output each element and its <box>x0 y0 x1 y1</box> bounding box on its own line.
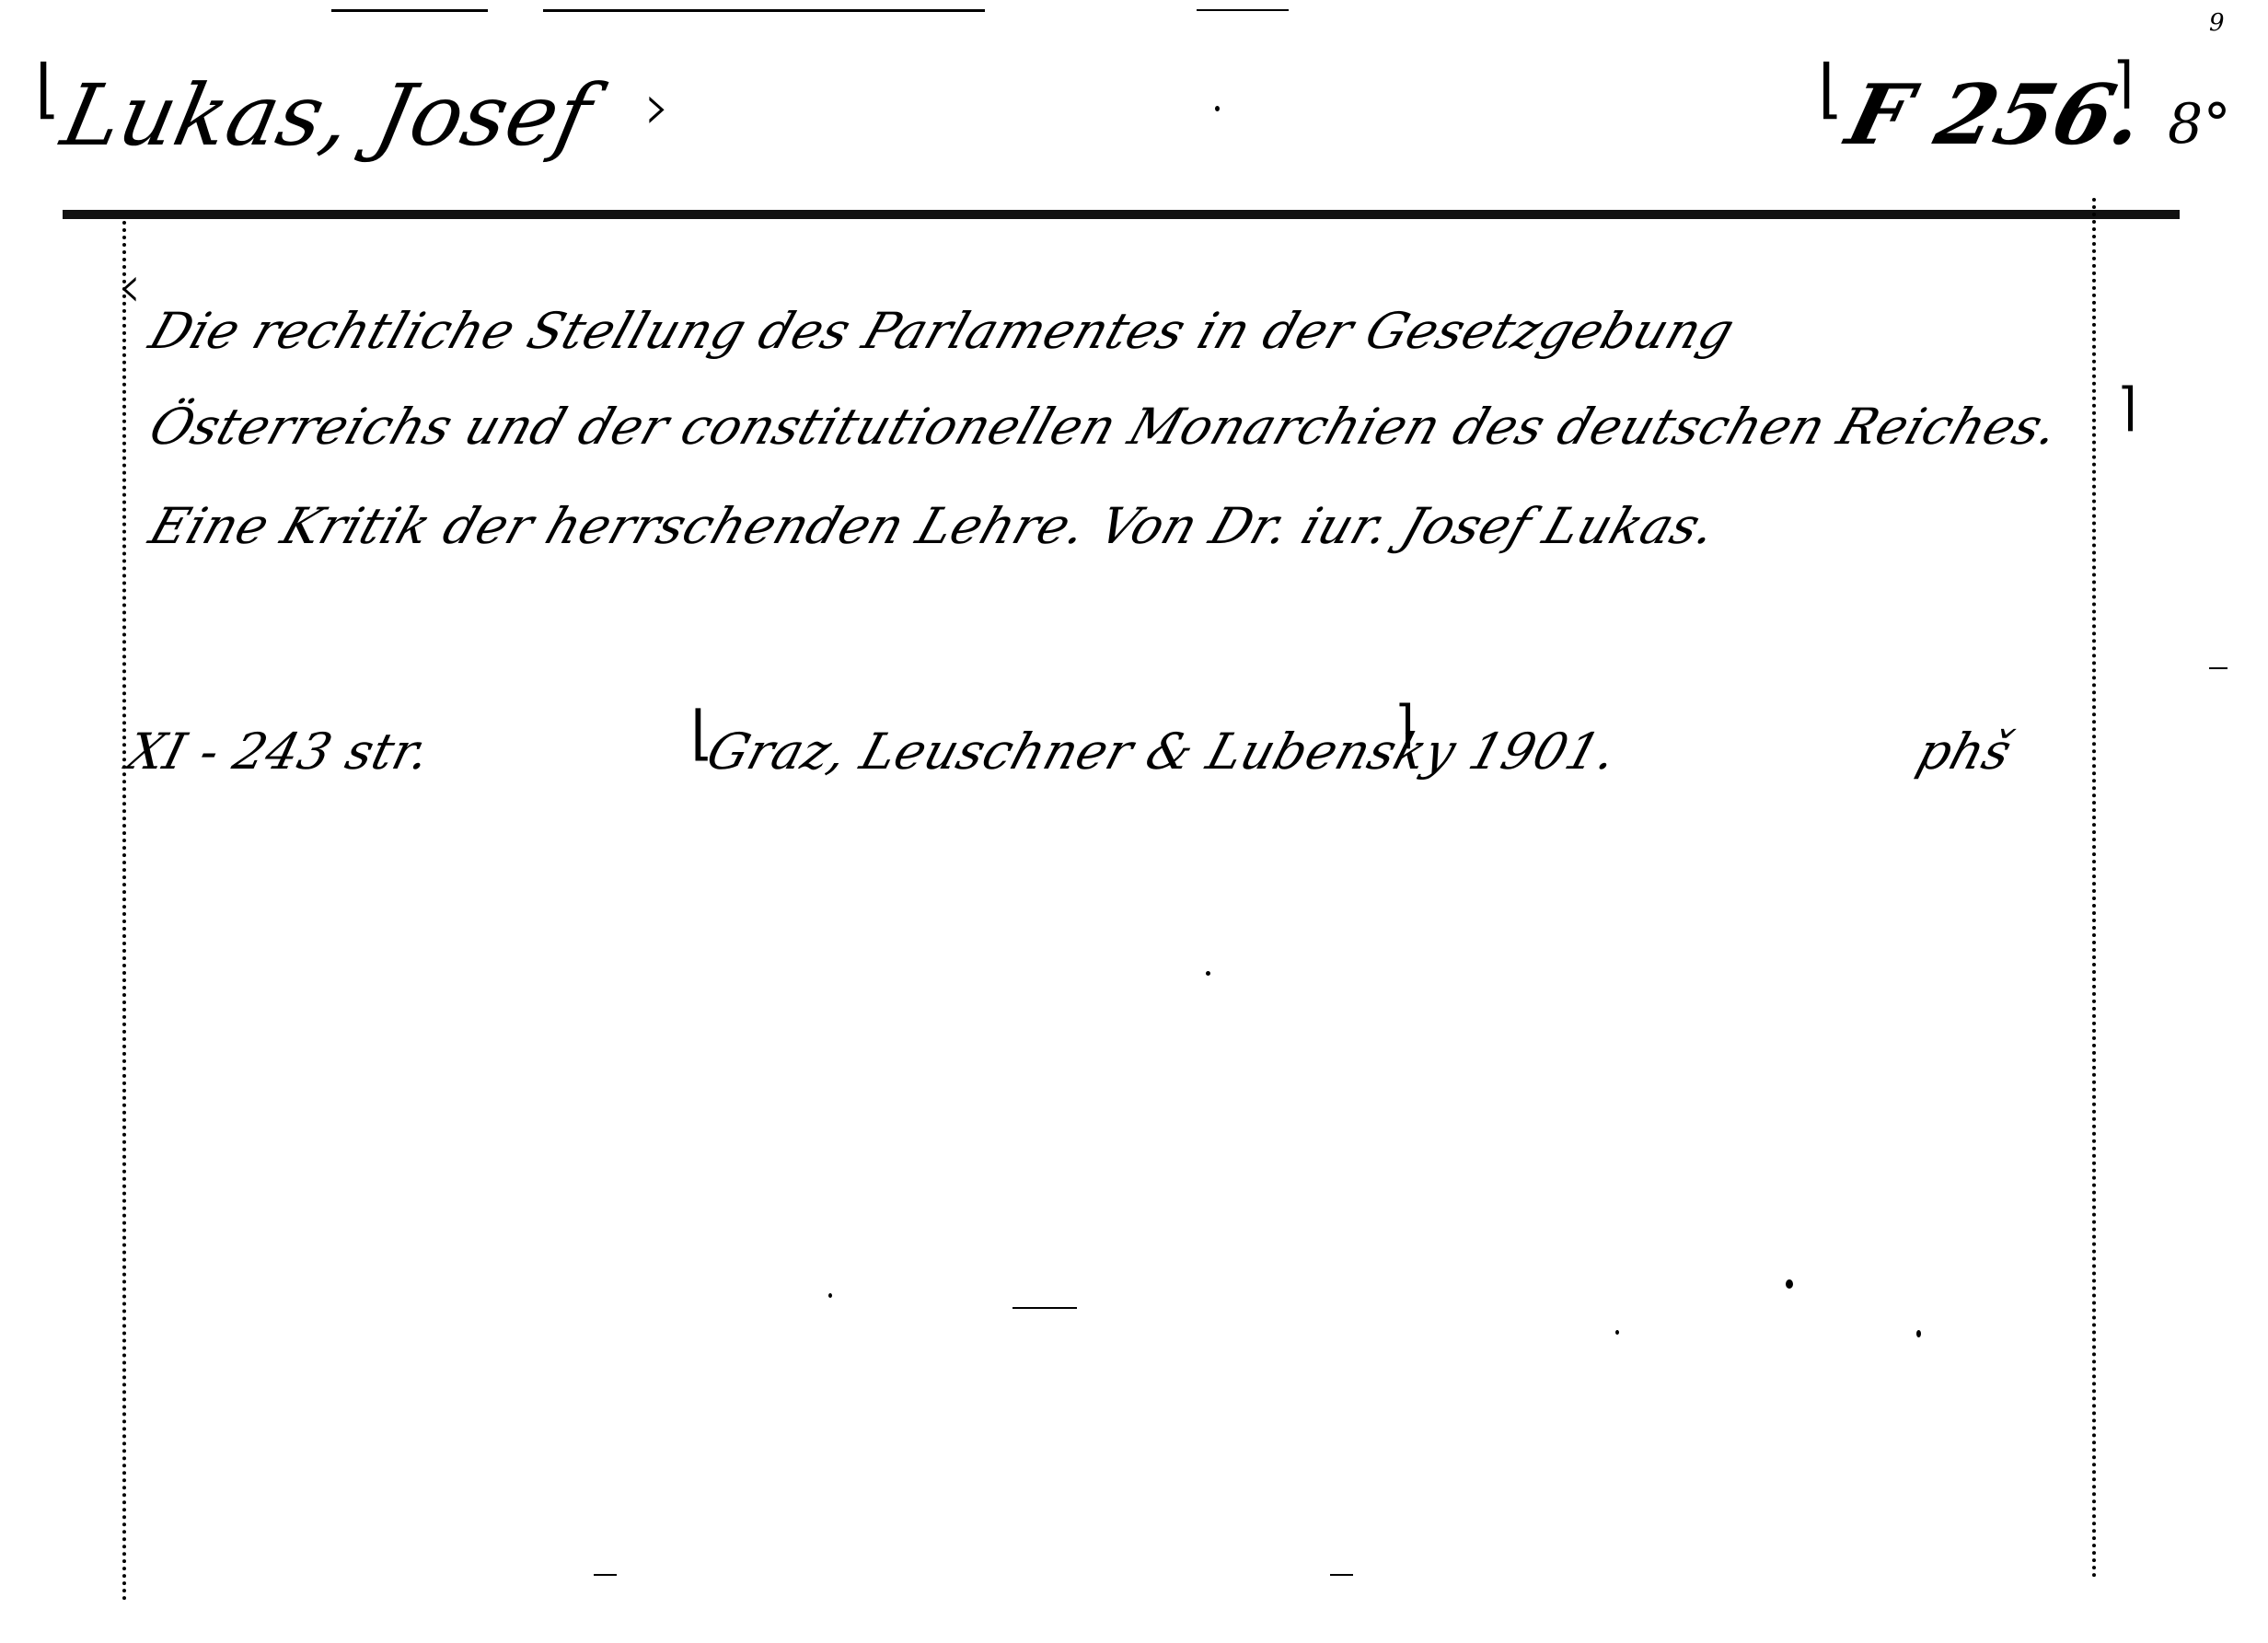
scan-speck <box>1916 1330 1921 1337</box>
heading-name: Lukas, Josef <box>55 74 598 158</box>
scan-speck <box>1615 1330 1619 1335</box>
corner-mark: 9 <box>2209 9 2225 37</box>
scan-dash <box>594 1574 617 1576</box>
left-margin-line <box>122 221 126 1602</box>
scan-dash <box>2209 667 2227 669</box>
title-line-1: Die rechtliche Stellung des Parlamentes … <box>144 307 1740 356</box>
scan-dash <box>1330 1574 1353 1576</box>
open-bracket-icon: ‹ <box>118 253 142 321</box>
collation: XI - 243 str. <box>122 727 434 777</box>
title-line-2: Österreichs und der constitutionellen Mo… <box>144 402 2065 452</box>
title-line-3: Eine Kritik der herrschenden Lehre. Von … <box>144 502 1722 551</box>
scan-dash <box>1012 1307 1077 1309</box>
scan-speck <box>1206 971 1210 976</box>
scan-artifact-line <box>331 9 488 12</box>
scan-artifact-line <box>543 9 985 12</box>
scan-speck <box>1786 1279 1793 1289</box>
right-margin-line <box>2092 198 2096 1579</box>
format-mark: 8° <box>2168 97 2231 152</box>
scan-speck <box>828 1293 832 1298</box>
imprint: Graz, Leuschner & Lubensky 1901. <box>701 727 1622 777</box>
close-bracket-icon: ⌉ <box>2112 51 2134 115</box>
close-bracket-icon: ⌉ <box>1394 695 1415 755</box>
scan-speck <box>1215 106 1220 111</box>
open-bracket-icon: ⌊ <box>35 51 60 126</box>
heading-rule <box>63 210 2180 219</box>
close-bracket-icon: ⌉ <box>2117 377 2137 437</box>
catalog-card: 9 ⌊ Lukas, Josef › ⌊ F 256. ⌉ 8° ‹ Die r… <box>0 0 2268 1643</box>
note-mark: phš <box>1912 727 2017 777</box>
open-bracket-icon: ⌊ <box>1818 51 1843 126</box>
scan-artifact-line <box>1197 9 1289 11</box>
close-bracket-icon: › <box>644 69 670 145</box>
call-number: F 256. <box>1840 74 2153 156</box>
